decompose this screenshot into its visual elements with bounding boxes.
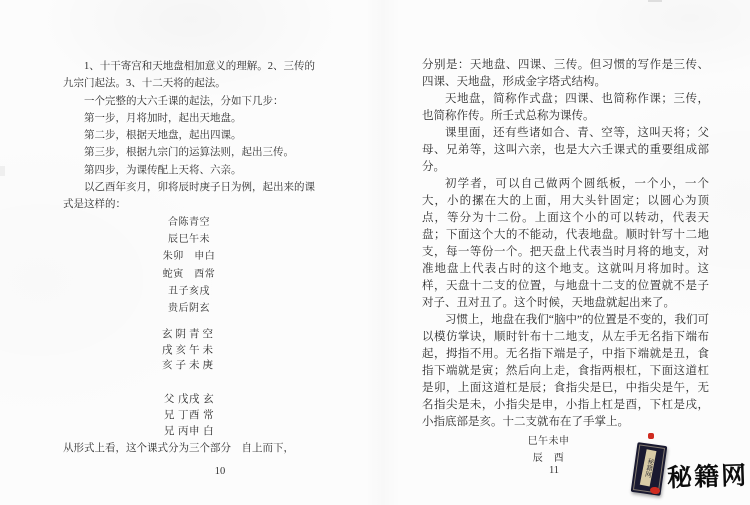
sanchuan-chart: 父 戊戌 玄 兄 丁酉 常 兄 丙申 白 xyxy=(63,392,315,440)
paragraph-step-1: 第一步，月将加时，起出天地盘。 xyxy=(63,110,315,127)
scan-artifact xyxy=(0,166,5,176)
paragraph-palm-method: 习惯上，地盘在我们“脑中”的位置是不变的，我们可以模仿掌诀，顺时针布十二地支，从… xyxy=(422,312,709,431)
paragraph-knowledge-points: 1、十干寄宫和天地盘相加意义的理解。2、三传的九宗门起法。3、十二天将的起法。 xyxy=(63,58,315,93)
paragraph-steps-intro: 一个完整的大六壬课的起法，分如下几步： xyxy=(63,93,315,110)
paragraph-step-3: 第三步，根据九宗门的运算法则，起出三传。 xyxy=(63,144,315,161)
scan-artifact xyxy=(648,0,662,2)
sike-row: 亥子未庚 xyxy=(63,358,315,374)
sanchuan-row: 兄 丁酉 常 xyxy=(63,408,315,424)
tianpan-row: 丑子亥戌 xyxy=(63,283,315,300)
paragraph-step-4: 第四步，为课传配上天将、六亲。 xyxy=(63,162,315,179)
paragraph-structure-pyramid: 分别是：天地盘、四课、三传。但习惯的写作是三传、四课、天地盘，形成金字塔式结构。 xyxy=(422,57,709,91)
page-number-left: 10 xyxy=(205,466,235,477)
paragraph-paper-disc-method: 初学者，可以自己做两个圆纸板，一个小，一个大，小的摞在大的上面，用大头针固定；以… xyxy=(422,176,709,312)
sanchuan-row: 父 戊戌 玄 xyxy=(63,392,315,408)
page-right: 分别是：天地盘、四课、三传。但习惯的写作是三传、四课、天地盘，形成金字塔式结构。… xyxy=(422,57,709,467)
tianpan-chart: 合陈青空 辰巳午未 朱卯 申白 蛇寅 酉常 丑子亥戌 贵后阴玄 xyxy=(63,214,315,318)
tianpan-row: 贵后阴玄 xyxy=(63,300,315,317)
page-left: 1、十干寄宫和天地盘相加意义的理解。2、三传的九宗门起法。3、十二天将的起法。 … xyxy=(63,58,315,457)
sike-row: 玄阴青空 xyxy=(63,327,315,343)
page-gutter-shadow xyxy=(365,0,401,505)
sike-chart: 玄阴青空 戌亥午未 亥子未庚 xyxy=(63,327,315,374)
watermark-site-name: 秘籍网 xyxy=(666,456,748,495)
tianpan-row: 朱卯 申白 xyxy=(63,248,315,265)
scanned-book-spread: 1、十干寄宫和天地盘相加意义的理解。2、三传的九宗门起法。3、十二天将的起法。 … xyxy=(0,0,750,505)
paragraph-terminology: 天地盘，简称作式盘；四课、也简称作课；三传，也简称作传。所壬式总称为课传。 xyxy=(422,91,709,125)
tianpan-row: 辰巳午未 xyxy=(63,231,315,248)
paragraph-tianjiang-liuqin: 课里面，还有些诸如合、青、空等，这叫天将；父母、兄弟等，这叫六亲，也是大六壬课式… xyxy=(422,125,709,176)
red-seal-icon xyxy=(648,433,654,439)
paragraph-form-summary: 从形式上看，这个课式分为三个部分 自上而下， xyxy=(63,440,315,457)
paragraph-example-intro: 以乙酉年亥月，卯将辰时庚子日为例，起出来的课式是这样的： xyxy=(63,179,315,214)
tianpan-row: 蛇寅 酉常 xyxy=(63,266,315,283)
sike-row: 戌亥午未 xyxy=(63,343,315,359)
page-number-right: 11 xyxy=(539,465,569,476)
tianpan-row: 合陈青空 xyxy=(63,214,315,231)
paragraph-step-2: 第二步，根据天地盘，起出四课。 xyxy=(63,127,315,144)
book-icon: 秘籍网 xyxy=(631,442,668,496)
sanchuan-row: 兄 丙申 白 xyxy=(63,424,315,440)
